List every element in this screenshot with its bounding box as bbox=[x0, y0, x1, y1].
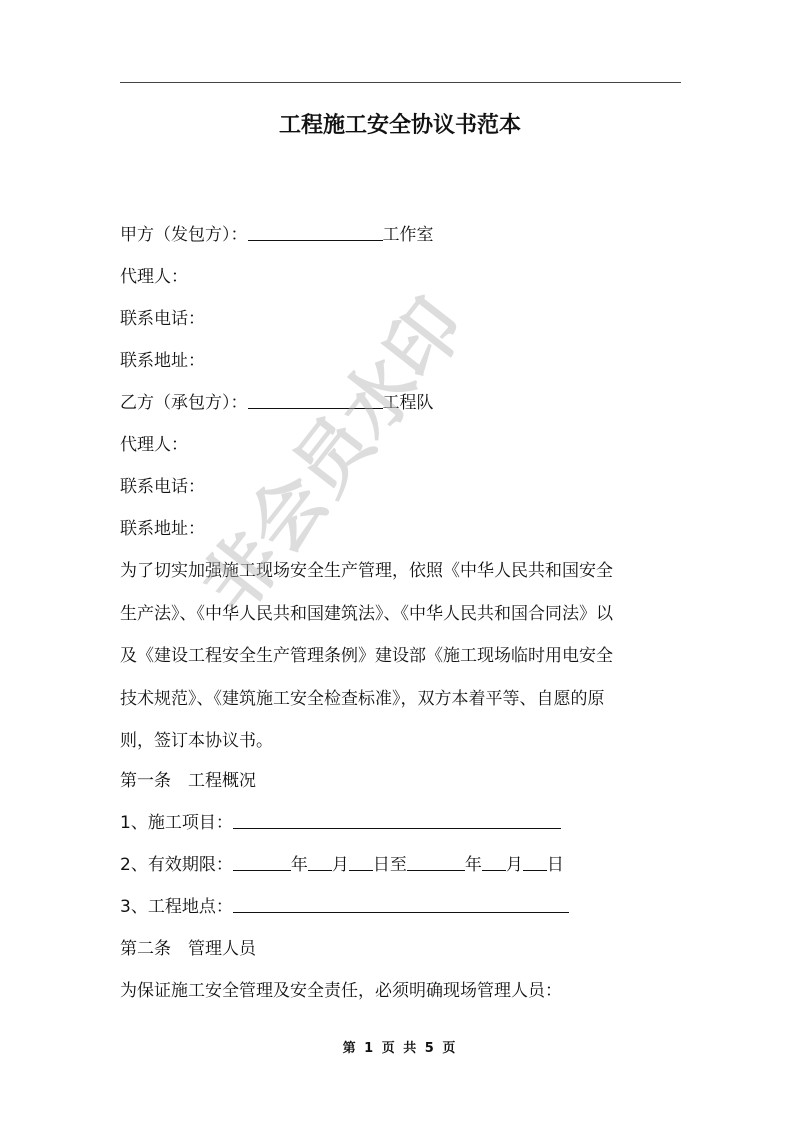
party-a-label: 甲方（发包方）： bbox=[120, 225, 248, 245]
para-2: 为保证施工安全管理及安全责任，必须明确现场管理人员： bbox=[120, 976, 562, 1001]
blank bbox=[407, 856, 465, 871]
document-title: 工程施工安全协议书范本 bbox=[0, 108, 800, 139]
para-line: 生产法》、《中华人民共和国建筑法》、《中华人民共和国合同法》以 bbox=[120, 599, 613, 624]
party-a-line: 甲方（发包方）：工作室 bbox=[120, 220, 434, 245]
agent-a: 代理人： bbox=[120, 262, 188, 287]
item-2: 2、有效期限：年月日至年月日 bbox=[120, 850, 564, 875]
item-3-label: 3、工程地点： bbox=[120, 897, 233, 917]
month-label: 月 bbox=[506, 855, 523, 875]
month-label: 月 bbox=[332, 855, 349, 875]
address-a: 联系地址： bbox=[120, 346, 205, 371]
para-line: 技术规范》、《建筑施工安全检查标准》，双方本着平等、自愿的原 bbox=[120, 684, 605, 709]
item-1-label: 1、施工项目： bbox=[120, 813, 233, 833]
blank bbox=[308, 856, 332, 871]
day-to-label: 日至 bbox=[373, 855, 407, 875]
para-line: 及《建设工程安全生产管理条例》建设部《施工现场临时用电安全 bbox=[120, 641, 613, 666]
item-1: 1、施工项目： bbox=[120, 808, 561, 833]
blank bbox=[523, 856, 547, 871]
page-footer: 第 1 页 共 5 页 bbox=[0, 1037, 800, 1056]
phone-a: 联系电话： bbox=[120, 304, 205, 329]
party-a-suffix: 工作室 bbox=[383, 225, 434, 245]
project-blank bbox=[233, 814, 561, 829]
location-blank bbox=[233, 898, 569, 913]
day-label: 日 bbox=[547, 855, 564, 875]
article-1-heading: 第一条 工程概况 bbox=[120, 766, 256, 791]
party-b-label: 乙方（承包方）： bbox=[120, 393, 248, 413]
item-2-label: 2、有效期限： bbox=[120, 855, 233, 875]
blank bbox=[233, 856, 291, 871]
phone-b: 联系电话： bbox=[120, 472, 205, 497]
item-3: 3、工程地点： bbox=[120, 892, 569, 917]
para-line: 则，签订本协议书。 bbox=[120, 726, 273, 751]
year-label: 年 bbox=[291, 855, 308, 875]
article-2-heading: 第二条 管理人员 bbox=[120, 934, 256, 959]
blank bbox=[482, 856, 506, 871]
header-rule bbox=[120, 82, 681, 83]
blank bbox=[349, 856, 373, 871]
year-label: 年 bbox=[465, 855, 482, 875]
address-b: 联系地址： bbox=[120, 514, 205, 539]
party-a-blank bbox=[248, 226, 383, 241]
agent-b: 代理人： bbox=[120, 430, 188, 455]
